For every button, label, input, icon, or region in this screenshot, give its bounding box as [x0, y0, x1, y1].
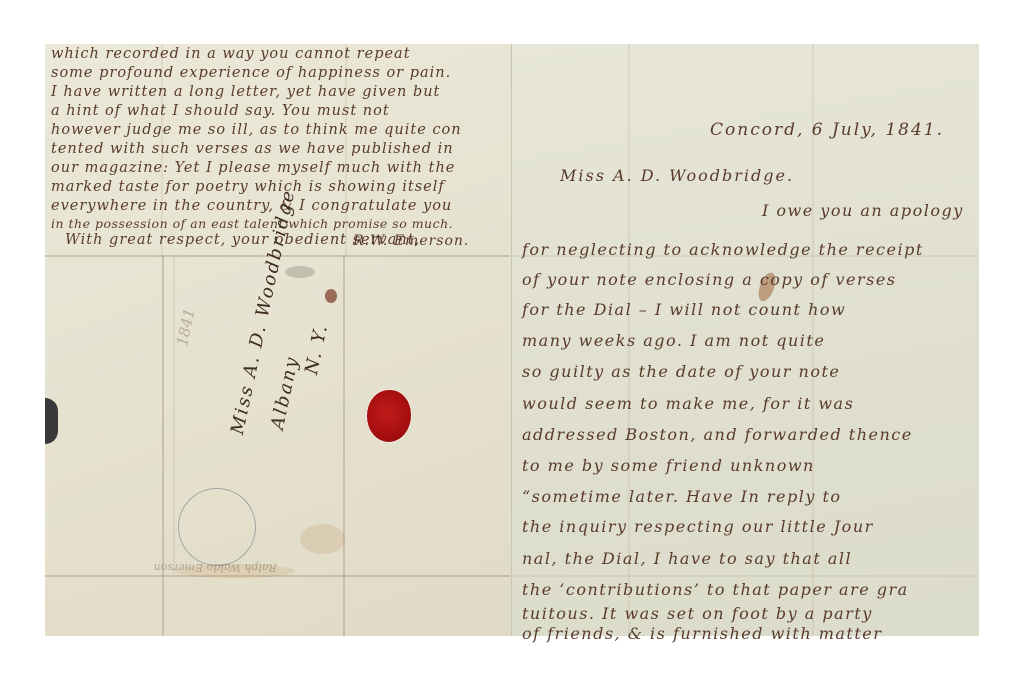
letter-line: a hint of what I should say. You must no… [51, 103, 390, 119]
letter-line: of friends, & is furnished with matter [522, 624, 882, 643]
fold-line [162, 255, 164, 636]
postmark-stamp [178, 488, 256, 566]
letter-line: marked taste for poetry which is showing… [51, 179, 445, 195]
water-stain [300, 524, 345, 554]
letter-line: would seem to make me, for it was [522, 394, 854, 413]
letter-line: nal, the Dial, I have to say that all [522, 549, 852, 568]
letter-line: the inquiry respecting our little Jour [522, 517, 874, 536]
letter-line: I have written a long letter, yet have g… [51, 84, 440, 100]
postmark-note: Ralph Waldo Emerson [154, 561, 277, 574]
smudge [285, 266, 315, 278]
letter-paper: which recorded in a way you cannot repea… [45, 44, 978, 636]
right-sheet: Concord, 6 July, 1841. Miss A. D. Woodbr… [511, 44, 979, 636]
letter-line: however judge me so ill, as to think me … [51, 122, 462, 138]
salutation: Miss A. D. Woodbridge. [560, 166, 794, 185]
address-line-city: Albany [267, 354, 303, 432]
address-line-state: N. Y. [301, 322, 332, 377]
letter-line: some profound experience of happiness or… [51, 65, 451, 81]
letter-line: our magazine: Yet I please myself much w… [51, 160, 455, 176]
dateline: Concord, 6 July, 1841. [710, 120, 944, 140]
letter-line: “sometime later. Have In reply to [522, 487, 842, 506]
letter-line: of your note enclosing a copy of verses [522, 270, 897, 289]
letter-line: to me by some friend unknown [522, 456, 815, 475]
letter-line: the ‘contributions’ to that paper are gr… [522, 580, 909, 599]
letter-line: addressed Boston, and forwarded thence [522, 425, 913, 444]
docket-note: 1841 [173, 307, 199, 348]
letter-line: which recorded in a way you cannot repea… [51, 46, 411, 62]
left-sheet: which recorded in a way you cannot repea… [45, 44, 510, 636]
letter-line: in the possession of an east talent whic… [51, 216, 453, 231]
fold-line [173, 255, 175, 575]
signature: R.W. Emerson. [353, 233, 469, 249]
dark-mark [45, 398, 58, 444]
wax-seal [367, 390, 411, 442]
letter-line: so guilty as the date of your note [522, 362, 840, 381]
letter-line: for the Dial – I will not count how [522, 300, 846, 319]
fold-line [512, 575, 979, 577]
letter-line: tented with such verses as we have publi… [51, 141, 454, 157]
letter-line: tuitous. It was set on foot by a party [522, 604, 873, 623]
letter-line: I owe you an apology [762, 201, 964, 220]
letter-line: everywhere in the country, & I congratul… [51, 198, 452, 214]
ink-stain [325, 289, 337, 303]
fold-line [343, 255, 345, 636]
letter-line: for neglecting to acknowledge the receip… [522, 240, 924, 259]
letter-line: many weeks ago. I am not quite [522, 331, 825, 350]
